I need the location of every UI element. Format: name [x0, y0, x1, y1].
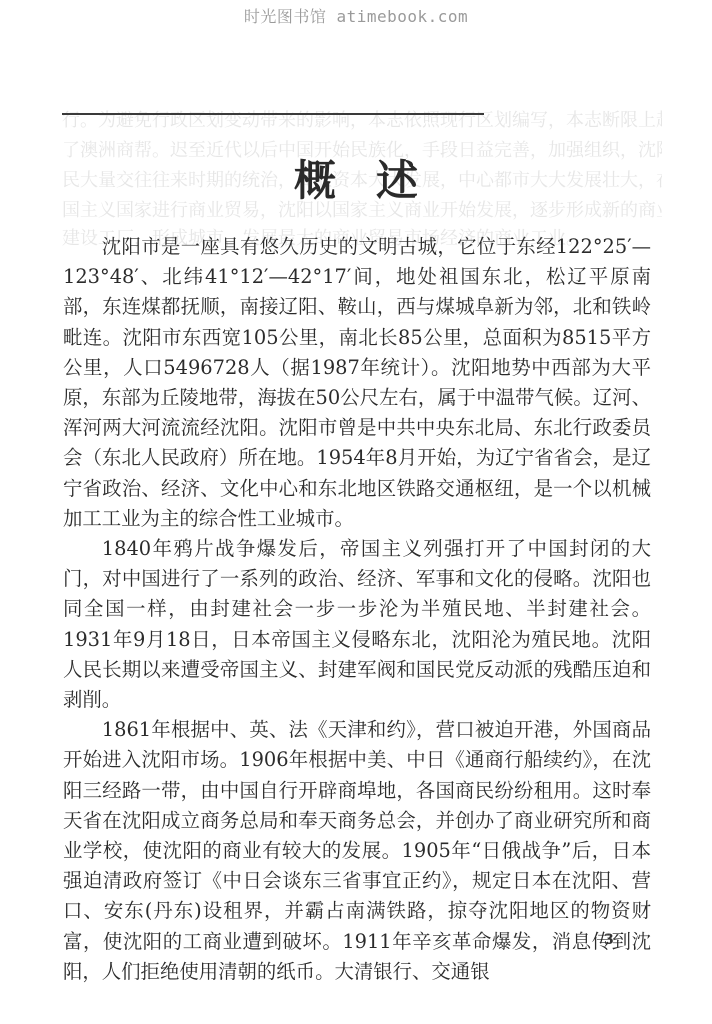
watermark: 时光图书馆 atimebook.com — [0, 4, 712, 27]
header-rule — [62, 113, 484, 115]
paragraph: 1861年根据中、英、法《天津和约》，营口被迫开港，外国商品开始进入沈阳市场。1… — [63, 715, 651, 987]
paragraph: 1840年鸦片战争爆发后，帝国主义列强打开了中国封闭的大门，对中国进行了一系列的… — [63, 534, 651, 715]
page-title: 概述 — [0, 148, 712, 208]
bleed-through-line: 行。为避免行政区划变动带来的影响，本志依照现行区划编写，本志断限上起1840年 — [62, 106, 662, 132]
page-number: 3 — [604, 932, 614, 948]
paragraph: 沈阳市是一座具有悠久历史的文明古城，它位于东经122°25′—123°48′、北… — [63, 232, 651, 534]
body-text: 沈阳市是一座具有悠久历史的文明古城，它位于东经122°25′—123°48′、北… — [63, 232, 651, 987]
